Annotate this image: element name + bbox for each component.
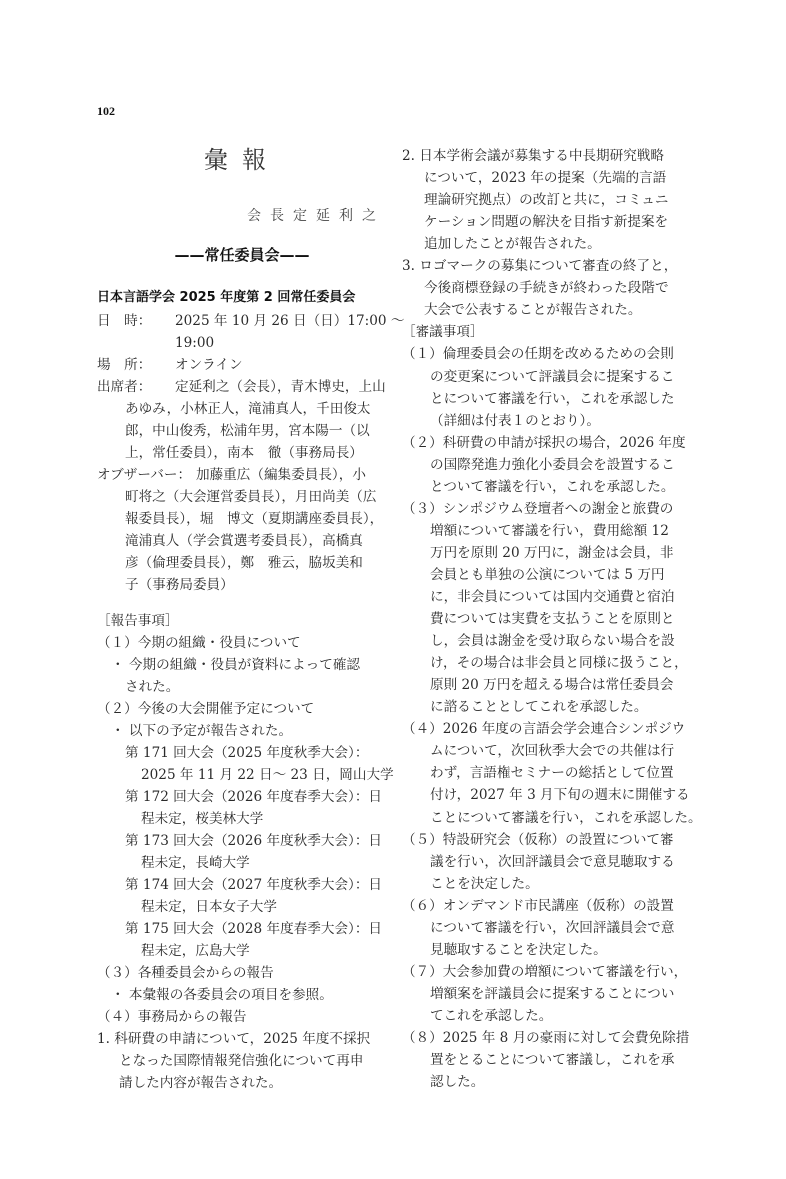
attendees-label: 出席者： (97, 376, 151, 398)
text-line: 2025 年 11 月 22 日～ 23 日，岡山大学 (141, 764, 394, 786)
text-line: （４）事務局からの報告 (97, 1006, 247, 1028)
attendees-line: あゆみ，小林正人，滝浦真人，千田俊太 (125, 398, 371, 420)
observers-line: 子（事務局委員） (125, 574, 234, 596)
text-line: 理論研究拠点）の改訂と共に，コミュニ (424, 189, 668, 211)
text-line: 程未定，桜美林大学 (141, 808, 263, 830)
text-line: ［審議事項］ (402, 321, 484, 343)
text-line: し，会員は謝金を受け取らない場合を設 (430, 630, 675, 652)
text-line: 今後商標登録の手続きが終わった段階で (424, 277, 669, 299)
observers-line: 町将之（大会運営委員長），月田尚美（広 (125, 486, 376, 508)
text-line: 程未定，長崎大学 (141, 852, 250, 874)
attendees-line: 上，常任委員），南本 徹（事務局長） (125, 442, 363, 464)
text-line: の変更案について評議員会に提案するこ (430, 366, 674, 388)
text-line: 程未定，日本女子大学 (141, 896, 277, 918)
date-value: 2025 年 10 月 26 日（日）17:00 ～ (175, 310, 404, 332)
text-line: 程未定，広島大学 (141, 940, 250, 962)
text-line: ケーション問題の解決を目指す新提案を (424, 211, 668, 233)
text-line: （７）大会参加費の増額について審議を行い， (402, 961, 687, 983)
text-line: 第 172 回大会（2026 年度春季大会）：日 (125, 786, 382, 808)
text-line: 増額について審議を行い，費用総額 12 (430, 520, 669, 542)
text-line: 付け，2027 年 3 月下旬の週末に開催する (430, 784, 690, 806)
text-line: とについて審議を行い，これを承認した (430, 388, 674, 410)
text-line: （６）オンデマンド市民講座（仮称）の設置 (402, 895, 674, 917)
report-heading: ［報告事項］ (97, 610, 179, 632)
text-line: 原則 20 万円を超える場合は常任委員会 (430, 674, 673, 696)
text-line: 第 173 回大会（2026 年度秋季大会）：日 (125, 830, 382, 852)
text-line: （２）今後の大会開催予定について (97, 698, 314, 720)
text-line: ・ 以下の予定が報告された。 (111, 720, 292, 742)
text-line: ・ 本彙報の各委員会の項目を参照。 (111, 984, 333, 1006)
text-line: （４）2026 年度の言語会学会連合シンポジウ (402, 718, 685, 740)
text-line: 3. ロゴマークの募集について審査の終了と， (402, 255, 677, 277)
page-number: 102 (97, 104, 115, 119)
meeting-heading: 日本言語学会 2025 年度第 2 回常任委員会 (97, 287, 355, 309)
text-line: け，その場合は非会員と同様に扱うこと， (430, 652, 688, 674)
observers-line: 滝浦真人（学会賞選考委員長），高橋真 (125, 530, 363, 552)
text-line: 会員とも単独の公演については 5 万円 (430, 564, 665, 586)
text-line: 置をとることについて審議し，これを承 (430, 1049, 674, 1071)
text-line: （１）今期の組織・役員について (97, 632, 301, 654)
text-line: に，非会員については国内交通費と宿泊 (430, 586, 674, 608)
author-line: 会長定延利之 (97, 205, 385, 225)
text-line: 2. 日本学術会議が募集する中長期研究戦略 (402, 145, 664, 167)
attendees-line: 郎，中山俊秀，松浦年男，宮本陽一（以 (125, 420, 370, 442)
observers-line: 報委員長），堀 博文（夏期講座委員長）， (125, 508, 383, 530)
text-line: （３）各種委員会からの報告 (97, 962, 274, 984)
text-line: 1. 科研費の申請について，2025 年度不採択 (97, 1028, 370, 1050)
text-line: された。 (125, 676, 179, 698)
text-line: 費については実費を支払うことを原則と (430, 608, 674, 630)
section-heading: ——常任委員会—— (97, 244, 387, 265)
text-line: 大会で公表することが報告された。 (424, 299, 642, 321)
text-line: （８）2025 年 8 月の豪雨に対して会費免除措 (402, 1027, 689, 1049)
observers-line: 加藤重広（編集委員長），小 (196, 464, 366, 486)
place-label: 場 所： (97, 354, 151, 376)
text-line: 増額案を評議員会に提案することについ (430, 983, 674, 1005)
text-line: に諮ることとしてこれを承認した。 (430, 696, 648, 718)
text-line: について審議を行い，次回評議員会で意 (430, 917, 674, 939)
text-line: について，2023 年の提案（先端的言語 (424, 167, 666, 189)
text-line: （５）特設研究会（仮称）の設置について審 (402, 829, 674, 851)
page-title: 彙報 (97, 140, 387, 175)
text-line: 認した。 (430, 1071, 484, 1093)
text-line: ・ 今期の組織・役員が資料によって確認 (111, 654, 360, 676)
observers-line: 彦（倫理委員長），鄭 雅云，脇坂美和 (125, 552, 363, 574)
attendees-line: 定延利之（会長），青木博史，上山 (175, 376, 386, 398)
date-value-cont: 19:00 (175, 332, 214, 354)
text-line: とついて審議を行い，これを承認した。 (430, 476, 674, 498)
text-line: わず，言語権セミナーの総括として位置 (430, 762, 674, 784)
text-line: てこれを承認した。 (430, 1005, 552, 1027)
date-label: 日 時： (97, 310, 151, 332)
text-line: 議を行い，次回評議員会で意見聴取する (430, 851, 675, 873)
text-line: ことを決定した。 (430, 873, 539, 895)
text-line: ことについて審議を行い，これを承認した。 (430, 807, 702, 829)
text-line: 請した内容が報告された。 (119, 1072, 282, 1094)
text-line: 第 174 回大会（2027 年度秋季大会）：日 (125, 874, 382, 896)
text-line: 追加したことが報告された。 (424, 233, 601, 255)
place-value: オンライン (175, 354, 243, 376)
text-line: となった国際情報発信強化について再申 (119, 1050, 363, 1072)
observers-label: オブザーバー： (97, 464, 191, 486)
text-line: 第 175 回大会（2028 年度春季大会）：日 (125, 918, 382, 940)
text-line: 第 171 回大会（2025 年度秋季大会）： (125, 742, 368, 764)
text-line: （３）シンポジウム登壇者への謝金と旅費の (402, 498, 673, 520)
text-line: ムについて，次回秋季大会での共催は行 (430, 740, 674, 762)
text-line: 万円を原則 20 万円に，謝金は会員，非 (430, 542, 673, 564)
text-line: 見聴取することを決定した。 (430, 939, 607, 961)
text-line: （１）倫理委員会の任期を改めるための会則 (402, 343, 674, 365)
text-line: （２）科研費の申請が採択の場合，2026 年度 (402, 432, 686, 454)
text-line: の国際発進力強化小委員会を設置するこ (430, 454, 675, 476)
text-line: （詳細は付表１のとおり）。 (430, 410, 600, 432)
